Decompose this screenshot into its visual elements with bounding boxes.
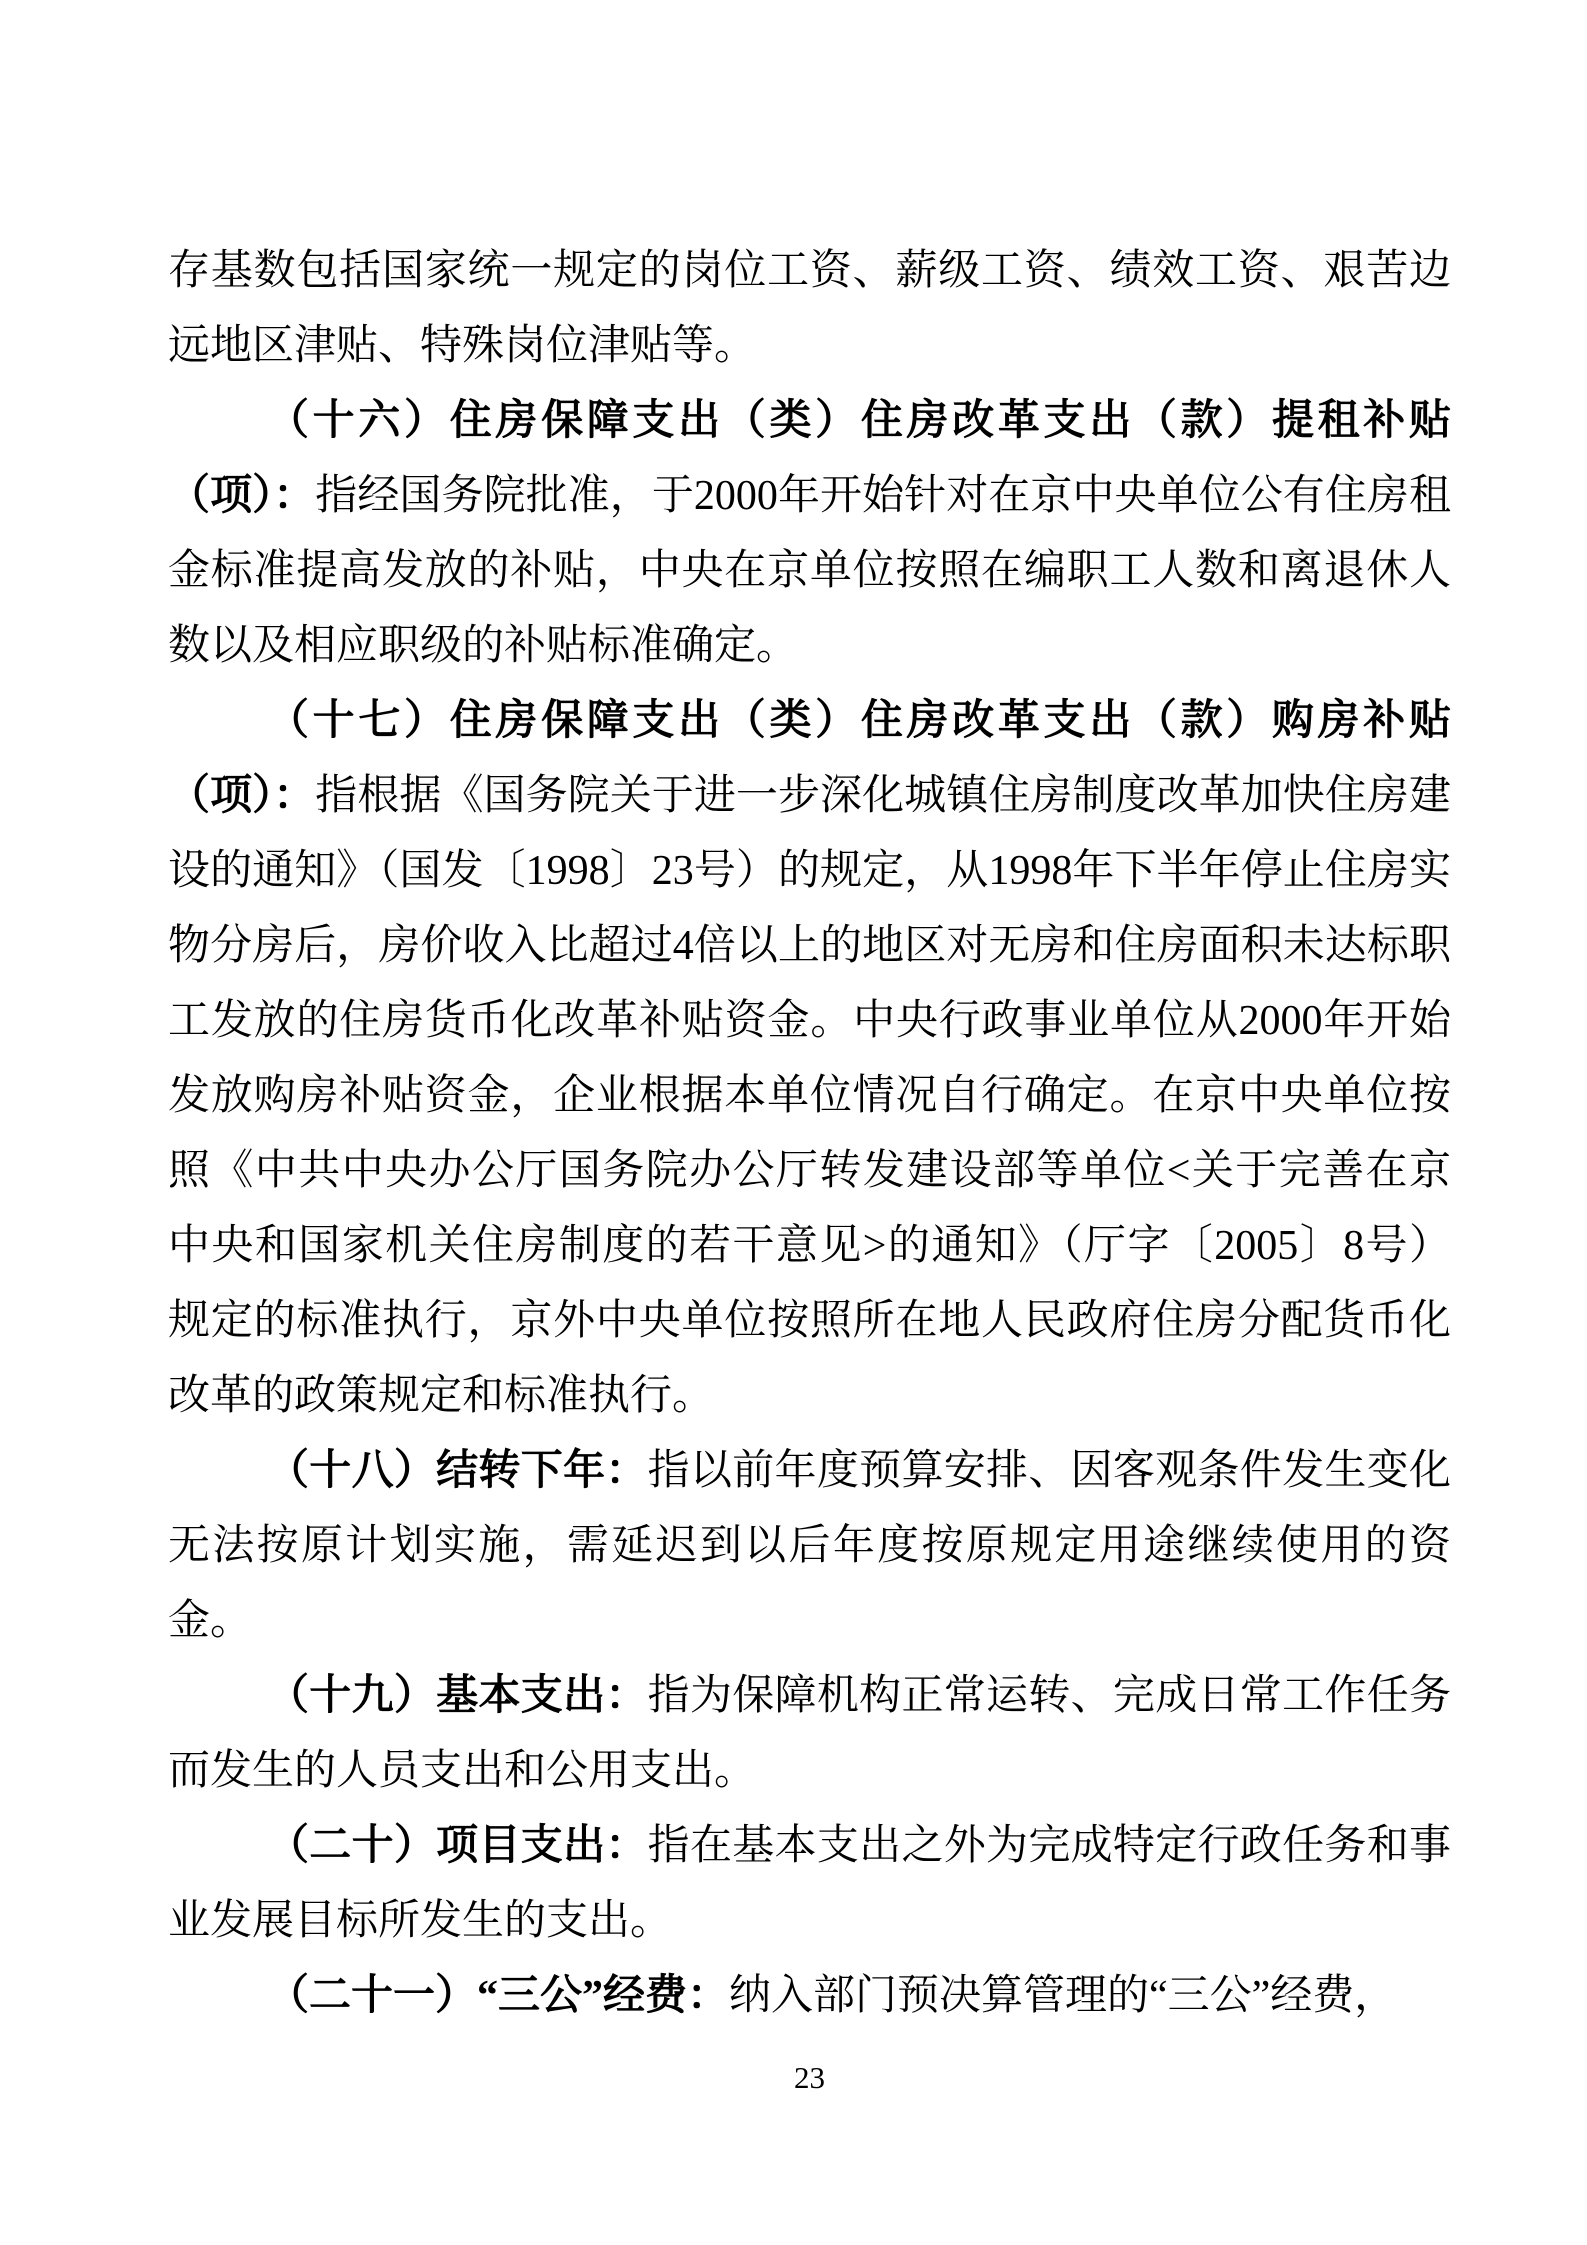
page-number: 23 xyxy=(168,2058,1451,2098)
document-body: 存基数包括国家统一规定的岗位工资、薪级工资、绩效工资、艰苦边远地区津贴、特殊岗位… xyxy=(168,234,1451,2034)
definition-text: 指经国务院批准，于2000年开始针对在京中央单位公有住房租金标准提高发放的补贴，… xyxy=(168,473,1451,669)
definition-term: （十八）结转下年： xyxy=(267,1448,648,1494)
definition-item-21: （二十一）“三公”经费：纳入部门预决算管理的“三公”经费， xyxy=(168,1959,1451,2034)
definition-item-19: （十九）基本支出：指为保障机构正常运转、完成日常工作任务而发生的人员支出和公用支… xyxy=(168,1659,1451,1809)
definition-item-18: （十八）结转下年：指以前年度预算安排、因客观条件发生变化无法按原计划实施，需延迟… xyxy=(168,1434,1451,1659)
definition-text: 纳入部门预决算管理的“三公”经费， xyxy=(729,1973,1396,2019)
definition-item-17: （十七）住房保障支出（类）住房改革支出（款）购房补贴（项）：指根据《国务院关于进… xyxy=(168,684,1451,1434)
definition-term: （二十）项目支出： xyxy=(267,1823,648,1869)
paragraph-carryover: 存基数包括国家统一规定的岗位工资、薪级工资、绩效工资、艰苦边远地区津贴、特殊岗位… xyxy=(168,234,1451,384)
definition-text: 指根据《国务院关于进一步深化城镇住房制度改革加快住房建设的通知》（国发〔1998… xyxy=(168,773,1451,1419)
definition-item-16: （十六）住房保障支出（类）住房改革支出（款）提租补贴（项）：指经国务院批准，于2… xyxy=(168,384,1451,684)
definition-term: （二十一）“三公”经费： xyxy=(267,1973,729,2019)
definition-text: 存基数包括国家统一规定的岗位工资、薪级工资、绩效工资、艰苦边远地区津贴、特殊岗位… xyxy=(168,248,1451,369)
definition-item-20: （二十）项目支出：指在基本支出之外为完成特定行政任务和事业发展目标所发生的支出。 xyxy=(168,1809,1451,1959)
definition-term: （十九）基本支出： xyxy=(267,1673,648,1719)
document-page: 存基数包括国家统一规定的岗位工资、薪级工资、绩效工资、艰苦边远地区津贴、特殊岗位… xyxy=(0,0,1587,2245)
